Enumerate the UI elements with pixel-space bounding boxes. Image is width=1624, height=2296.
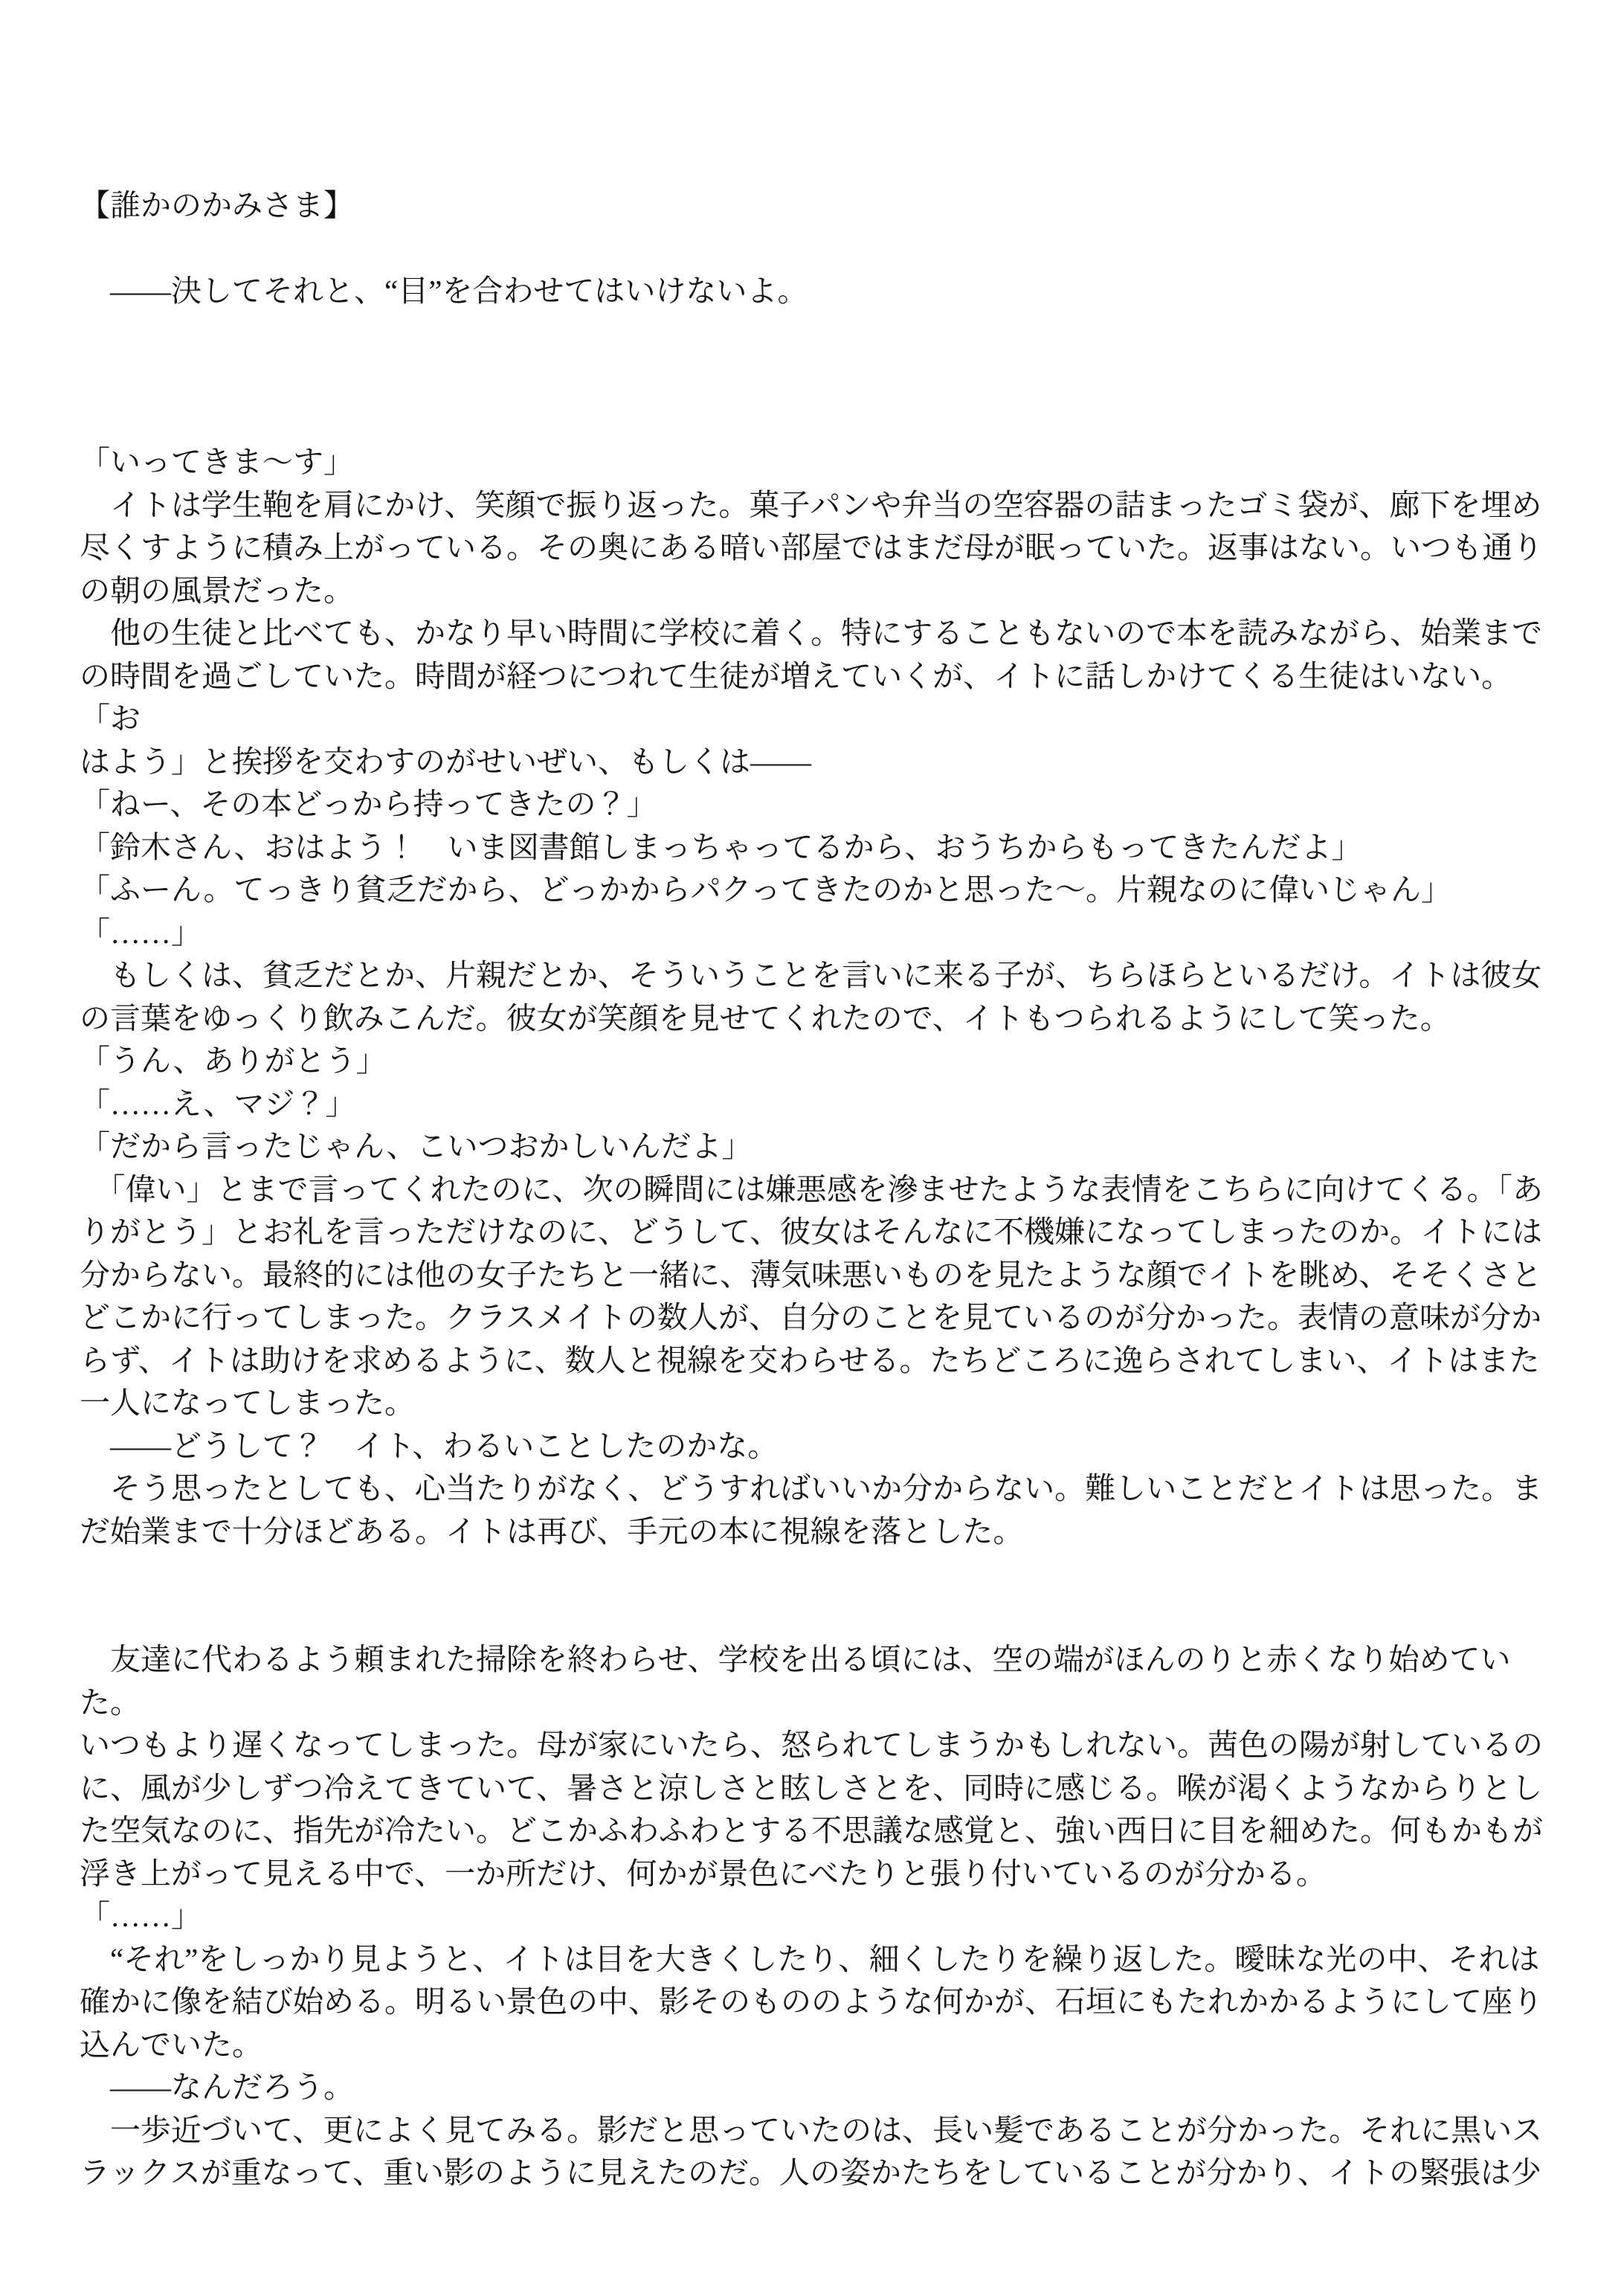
text-line: 一歩近づいて、更によく見てみる。影だと思っていたのは、長い髪であることが分かった… (80, 2109, 1550, 2152)
text-line: イトは学生鞄を肩にかけ、笑顔で振り返った。菓子パンや弁当の空容器の詰まったゴミ袋… (80, 484, 1550, 527)
document-text-column: 【誰かのかみさま】 ――決してそれと、“目”を合わせてはいけないよ。 「いってき… (80, 184, 1550, 2195)
text-line: 分からない。最終的には他の女子たちと一緒に、薄気味悪いものを見たような顔でイトを… (80, 1254, 1550, 1297)
text-line: 「ねー、その本どっから持ってきたの？」 (80, 783, 1550, 826)
text-line: 友達に代わるよう頼まれた掃除を終わらせ、学校を出る頃には、空の端がほんのりと赤く… (80, 1639, 1550, 1724)
text-line: 「……」 (80, 912, 1550, 955)
text-line: ――どうして？ イト、わるいことしたのかな。 (80, 1425, 1550, 1468)
text-line: 「鈴木さん、おはよう！ いま図書館しまっちゃってるから、おうちからもってきたんだ… (80, 826, 1550, 869)
text-line: 込んでいた。 (80, 2024, 1550, 2067)
text-line: 「いってきま～す」 (80, 441, 1550, 484)
text-line: 「偉い」とまで言ってくれたのに、次の瞬間には嫌悪感を滲ませたような表情をこちらに… (80, 1168, 1550, 1212)
text-line: 「だから言ったじゃん、こいつおかしいんだよ」 (80, 1125, 1550, 1168)
document-page: 【誰かのかみさま】 ――決してそれと、“目”を合わせてはいけないよ。 「いってき… (0, 0, 1624, 2296)
text-line: らず、イトは助けを求めるように、数人と視線を交わらせる。たちどころに逸らされてし… (80, 1340, 1550, 1383)
blank-line (80, 1553, 1550, 1596)
blank-line (80, 228, 1550, 271)
document-body: ――決してそれと、“目”を合わせてはいけないよ。 「いってきま～す」 イトは学生… (80, 228, 1550, 2195)
text-line: 尽くすように積み上がっている。その奥にある暗い部屋ではまだ母が眠っていた。返事は… (80, 527, 1550, 570)
text-line: 「……」 (80, 1895, 1550, 1938)
text-line: の朝の風景だった。 (80, 570, 1550, 613)
text-line: だ始業まで十分ほどある。イトは再び、手元の本に視線を落とした。 (80, 1511, 1550, 1554)
text-line: の時間を過ごしていた。時間が経つにつれて生徒が増えていくが、イトに話しかけてくる… (80, 655, 1550, 741)
text-line: 一人になってしまった。 (80, 1382, 1550, 1425)
text-line: いつもより遅くなってしまった。母が家にいたら、怒られてしまうかもしれない。茜色の… (80, 1724, 1550, 1767)
text-line: 確かに像を結び始める。明るい景色の中、影そのもののような何かが、石垣にもたれかか… (80, 1981, 1550, 2024)
text-line: そう思ったとしても、心当たりがなく、どうすればいいか分からない。難しいことだとイ… (80, 1467, 1550, 1511)
text-line: の言葉をゆっくり飲みこんだ。彼女が笑顔を見せてくれたので、イトもつられるようにし… (80, 997, 1550, 1041)
blank-line (80, 399, 1550, 442)
text-line: た空気なのに、指先が冷たい。どこかふわふわとする不思議な感覚と、強い西日に目を細… (80, 1810, 1550, 1853)
text-line: 「……え、マジ？」 (80, 1083, 1550, 1126)
blank-line (80, 1596, 1550, 1639)
text-line: 「うん、ありがとう」 (80, 1040, 1550, 1083)
text-line: 他の生徒と比べても、かなり早い時間に学校に着く。特にすることもないので本を読みな… (80, 612, 1550, 655)
text-line: 「ふーん。てっきり貧乏だから、どっかからパクってきたのかと思った～。片親なのに偉… (80, 869, 1550, 912)
text-line: はよう」と挨拶を交わすのがせいぜい、もしくは―― (80, 741, 1550, 784)
blank-line (80, 313, 1550, 356)
text-line: ラックスが重なって、重い影のように見えたのだ。人の姿かたちをしていることが分かり… (80, 2152, 1550, 2195)
text-line: 浮き上がって見える中で、一か所だけ、何かが景色にべたりと張り付いているのが分かる… (80, 1853, 1550, 1896)
text-line: どこかに行ってしまった。クラスメイトの数人が、自分のことを見ているのが分かった。… (80, 1296, 1550, 1340)
text-line: “それ”をしっかり見ようと、イトは目を大きくしたり、細くしたりを繰り返した。曖昧… (80, 1938, 1550, 1981)
text-line: に、風が少しずつ冷えてきていて、暑さと涼しさと眩しさとを、同時に感じる。喉が渇く… (80, 1767, 1550, 1810)
page-title: 【誰かのかみさま】 (80, 184, 1550, 228)
text-line: ――なんだろう。 (80, 2066, 1550, 2109)
text-line: もしくは、貧乏だとか、片親だとか、そういうことを言いに来る子が、ちらほらといるだ… (80, 954, 1550, 997)
text-line: りがとう」とお礼を言っただけなのに、どうして、彼女はそんなに不機嫌になってしまっ… (80, 1211, 1550, 1254)
text-line: ――決してそれと、“目”を合わせてはいけないよ。 (80, 270, 1550, 313)
blank-line (80, 356, 1550, 399)
